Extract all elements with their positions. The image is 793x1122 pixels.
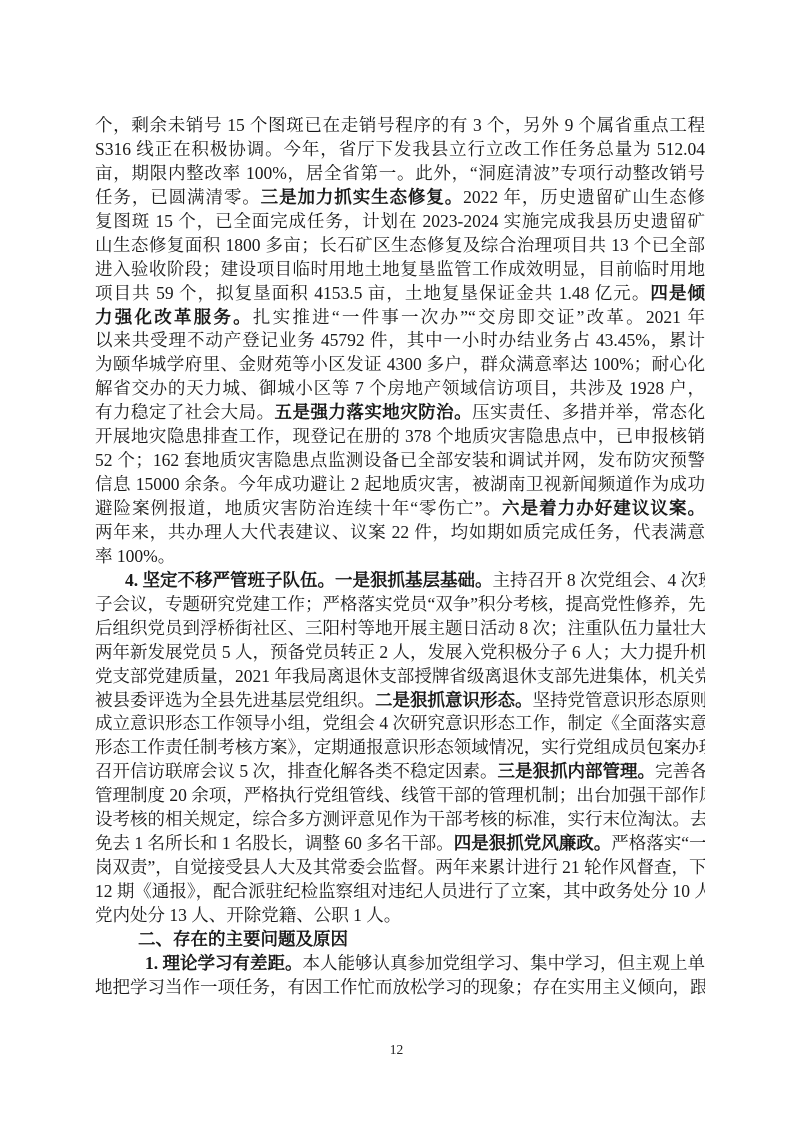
text-line: 个，剩余未销号 15 个图斑已在走销号程序的有 3 个，另外 9 个属省重点工程: [95, 114, 705, 138]
para-work-achievements-continuation: 个，剩余未销号 15 个图斑已在走销号程序的有 3 个，另外 9 个属省重点工程…: [95, 114, 705, 569]
text-run: 个，剩余未销号 15 个图斑已在走销号程序的有 3 个，另外 9 个属省重点工程: [95, 115, 705, 135]
text-line: 12 期《通报》，配合派驻纪检监察组对违纪人员进行了立案，其中政务处分 10 人…: [95, 880, 705, 904]
text-run: 党支部党建质量，2021 年我局离退休支部授牌省级离退休支部先进集体，机关党委: [95, 666, 705, 686]
text-line: 设考核的相关规定，综合多方测评意见作为干部考核的标准，实行末位淘汰。去年，: [95, 808, 705, 832]
text-line: 1. 理论学习有差距。本人能够认真参加党组学习、集中学习，但主观上单纯: [95, 952, 705, 976]
text-run: 率 100%。: [95, 546, 175, 566]
text-run: 两年来，共办理人大代表建议、议案 22 件，均如期如质完成任务，代表满意: [95, 522, 705, 542]
page-number: 12: [0, 1040, 793, 1060]
text-run: 山生态修复面积 1800 多亩；长石矿区生态修复及综合治理项目共 13 个已全部: [95, 235, 705, 255]
bold-run: 三是狠抓内部管理。: [498, 761, 656, 781]
text-line: 以来共受理不动产登记业务 45792 件，其中一小时办结业务占 43.45%，累…: [95, 329, 705, 353]
text-run: 以来共受理不动产登记业务 45792 件，其中一小时办结业务占 43.45%，累…: [95, 330, 705, 350]
bold-run: 三是加力抓实生态修复。: [261, 187, 463, 207]
text-run: 亩，期限内整改率 100%，居全省第一。此外，“洞庭清波”专项行动整改销号: [95, 163, 705, 183]
text-line: 子会议，专题研究党建工作；严格落实党员“双争”积分考核，提高党性修养，先: [95, 593, 705, 617]
text-run: 本人能够认真参加党组学习、集中学习，但主观上单纯: [303, 953, 706, 973]
text-run: 2022 年，历史遗留矿山生态修: [463, 187, 705, 207]
text-run: 完善各项: [655, 761, 705, 781]
text-line: 召开信访联席会议 5 次，排查化解各类不稳定因素。三是狠抓内部管理。完善各项: [95, 760, 705, 784]
text-line: 岗双责”，自觉接受县人大及其常委会监督。两年来累计进行 21 轮作风督查，下发: [95, 856, 705, 880]
text-line: 解省交办的天力城、御城小区等 7 个房地产领域信访项目，共涉及 1928 户，: [95, 377, 705, 401]
text-line: 两年新发展党员 5 人，预备党员转正 2 人，发展入党积极分子 6 人；大力提升…: [95, 641, 705, 665]
text-line: 党内处分 13 人、开除党籍、公职 1 人。: [95, 904, 705, 928]
text-block: 个，剩余未销号 15 个图斑已在走销号程序的有 3 个，另外 9 个属省重点工程…: [95, 114, 705, 1000]
text-run: 有力稳定了社会大局。: [95, 402, 275, 422]
text-run: 扎实推进“一件事一次办”“交房即交证”改革。2021 年: [253, 307, 705, 327]
text-line: 地把学习当作一项任务，有因工作忙而放松学习的现象；存在实用主义倾向，跟: [95, 976, 705, 1000]
text-line: 山生态修复面积 1800 多亩；长石矿区生态修复及综合治理项目共 13 个已全部: [95, 234, 705, 258]
text-run: 项目共 59 个，拟复垦面积 4153.5 亩，土地复垦保证金共 1.48 亿元…: [95, 283, 650, 303]
text-line: 进入验收阶段；建设项目临时用地土地复垦监管工作成效明显，目前临时用地: [95, 258, 705, 282]
text-run: 免去 1 名所长和 1 名股长，调整 60 多名干部。: [95, 833, 454, 853]
text-line: 两年来，共办理人大代表建议、议案 22 件，均如期如质完成任务，代表满意: [95, 521, 705, 545]
text-line: 有力稳定了社会大局。五是强力落实地灾防治。压实责任、多措并举，常态化: [95, 401, 705, 425]
text-run: 进入验收阶段；建设项目临时用地土地复垦监管工作成效明显，目前临时用地: [95, 259, 705, 279]
bold-run: 四是狠抓党风廉政。: [454, 833, 612, 853]
text-run: 后组织党员到浮桥街社区、三阳村等地开展主题日活动 8 次；注重队伍力量壮大，: [95, 618, 705, 638]
para-1-theory-study-gap: 1. 理论学习有差距。本人能够认真参加党组学习、集中学习，但主观上单纯地把学习当…: [95, 952, 705, 1000]
text-run: S316 线正在积极协调。今年，省厅下发我县立行立改工作任务总量为 512.04: [95, 139, 705, 159]
text-line: 避险案例报道，地质灾害防治连续十年“零伤亡”。六是着力办好建议议案。: [95, 497, 705, 521]
bold-run: 力强化改革服务。: [95, 307, 253, 327]
text-run: 复图斑 15 个，已全面完成任务，计划在 2023-2024 实施完成我县历史遗…: [95, 211, 705, 231]
text-run: 12 期《通报》，配合派驻纪检监察组对违纪人员进行了立案，其中政务处分 10 人…: [95, 881, 705, 901]
bold-run: 二是狠抓意识形态。: [375, 690, 533, 710]
text-line: 开展地灾隐患排查工作，现登记在册的 378 个地质灾害隐患点中，已申报核销: [95, 425, 705, 449]
bold-run: 五是强力落实地灾防治。: [275, 402, 473, 422]
text-run: 坚持党管意识形态原则，: [533, 690, 706, 710]
text-line: 力强化改革服务。扎实推进“一件事一次办”“交房即交证”改革。2021 年: [95, 306, 705, 330]
text-line: 为颐华城学府里、金财苑等小区发证 4300 多户，群众满意率达 100%；耐心化: [95, 353, 705, 377]
text-line: 亩，期限内整改率 100%，居全省第一。此外，“洞庭清波”专项行动整改销号: [95, 162, 705, 186]
text-run: 子会议，专题研究党建工作；严格落实党员“双争”积分考核，提高党性修养，先: [95, 594, 705, 614]
text-line: 复图斑 15 个，已全面完成任务，计划在 2023-2024 实施完成我县历史遗…: [95, 210, 705, 234]
bold-run: 二、存在的主要问题及原因: [138, 929, 348, 949]
text-run: 形态工作责任制考核方案》，定期通报意识形态领域情况，实行党组成员包案办理，: [95, 737, 705, 757]
text-line: 率 100%。: [95, 545, 705, 569]
bold-run: 四是倾: [650, 283, 705, 303]
text-line: 被县委评选为全县先进基层党组织。二是狠抓意识形态。坚持党管意识形态原则，: [95, 689, 705, 713]
text-run: 地把学习当作一项任务，有因工作忙而放松学习的现象；存在实用主义倾向，跟: [95, 977, 705, 997]
text-run: 党内处分 13 人、开除党籍、公职 1 人。: [95, 905, 401, 925]
text-run: 被县委评选为全县先进基层党组织。: [95, 690, 375, 710]
text-run: 两年新发展党员 5 人，预备党员转正 2 人，发展入党积极分子 6 人；大力提升…: [95, 642, 705, 662]
text-run: 严格落实“一: [611, 833, 705, 853]
text-run: 岗双责”，自觉接受县人大及其常委会监督。两年来累计进行 21 轮作风督查，下发: [95, 857, 705, 877]
text-line: 项目共 59 个，拟复垦面积 4153.5 亩，土地复垦保证金共 1.48 亿元…: [95, 282, 705, 306]
para-4-team-management: 4. 坚定不移严管班子队伍。一是狠抓基层基础。主持召开 8 次党组会、4 次班子…: [95, 569, 705, 928]
text-run: 为颐华城学府里、金财苑等小区发证 4300 多户，群众满意率达 100%；耐心化: [95, 354, 705, 374]
text-run: 压实责任、多措并举，常态化: [472, 402, 705, 422]
heading-section-2-problems-and-causes: 二、存在的主要问题及原因: [95, 928, 705, 952]
document-page: 个，剩余未销号 15 个图斑已在走销号程序的有 3 个，另外 9 个属省重点工程…: [0, 0, 793, 1122]
text-line: 4. 坚定不移严管班子队伍。一是狠抓基层基础。主持召开 8 次党组会、4 次班: [95, 569, 705, 593]
text-line: 任务，已圆满清零。三是加力抓实生态修复。2022 年，历史遗留矿山生态修: [95, 186, 705, 210]
text-line: 形态工作责任制考核方案》，定期通报意识形态领域情况，实行党组成员包案办理，: [95, 736, 705, 760]
text-run: 主持召开 8 次党组会、4 次班: [493, 570, 706, 590]
bold-run: 1. 理论学习有差距。: [145, 953, 303, 973]
text-line: 二、存在的主要问题及原因: [95, 928, 705, 952]
text-line: 信息 15000 余条。今年成功避让 2 起地质灾害，被湖南卫视新闻频道作为成功: [95, 473, 705, 497]
text-line: 后组织党员到浮桥街社区、三阳村等地开展主题日活动 8 次；注重队伍力量壮大，: [95, 617, 705, 641]
text-run: 开展地灾隐患排查工作，现登记在册的 378 个地质灾害隐患点中，已申报核销: [95, 426, 705, 446]
text-run: 解省交办的天力城、御城小区等 7 个房地产领域信访项目，共涉及 1928 户，: [95, 378, 705, 398]
text-line: 党支部党建质量，2021 年我局离退休支部授牌省级离退休支部先进集体，机关党委: [95, 665, 705, 689]
text-line: 免去 1 名所长和 1 名股长，调整 60 多名干部。四是狠抓党风廉政。严格落实…: [95, 832, 705, 856]
text-run: 召开信访联席会议 5 次，排查化解各类不稳定因素。: [95, 761, 498, 781]
bold-run: 六是着力办好建议议案。: [502, 498, 705, 518]
text-run: 管理制度 20 余项，严格执行党组管线、线管干部的管理机制；出台加强干部作风建: [95, 785, 705, 805]
text-run: 信息 15000 余条。今年成功避让 2 起地质灾害，被湖南卫视新闻频道作为成功: [95, 474, 705, 494]
text-line: 52 个；162 套地质灾害隐患点监测设备已全部安装和调试并网，发布防灾预警: [95, 449, 705, 473]
bold-run: 4. 坚定不移严管班子队伍。一是狠抓基层基础。: [125, 570, 493, 590]
text-run: 成立意识形态工作领导小组，党组会 4 次研究意识形态工作，制定《全面落实意识: [95, 713, 705, 733]
text-run: 避险案例报道，地质灾害防治连续十年“零伤亡”。: [95, 498, 502, 518]
text-line: 管理制度 20 余项，严格执行党组管线、线管干部的管理机制；出台加强干部作风建: [95, 784, 705, 808]
text-run: 任务，已圆满清零。: [95, 187, 261, 207]
text-run: 设考核的相关规定，综合多方测评意见作为干部考核的标准，实行末位淘汰。去年，: [95, 809, 705, 829]
text-line: S316 线正在积极协调。今年，省厅下发我县立行立改工作任务总量为 512.04: [95, 138, 705, 162]
text-run: 52 个；162 套地质灾害隐患点监测设备已全部安装和调试并网，发布防灾预警: [95, 450, 705, 470]
text-line: 成立意识形态工作领导小组，党组会 4 次研究意识形态工作，制定《全面落实意识: [95, 712, 705, 736]
